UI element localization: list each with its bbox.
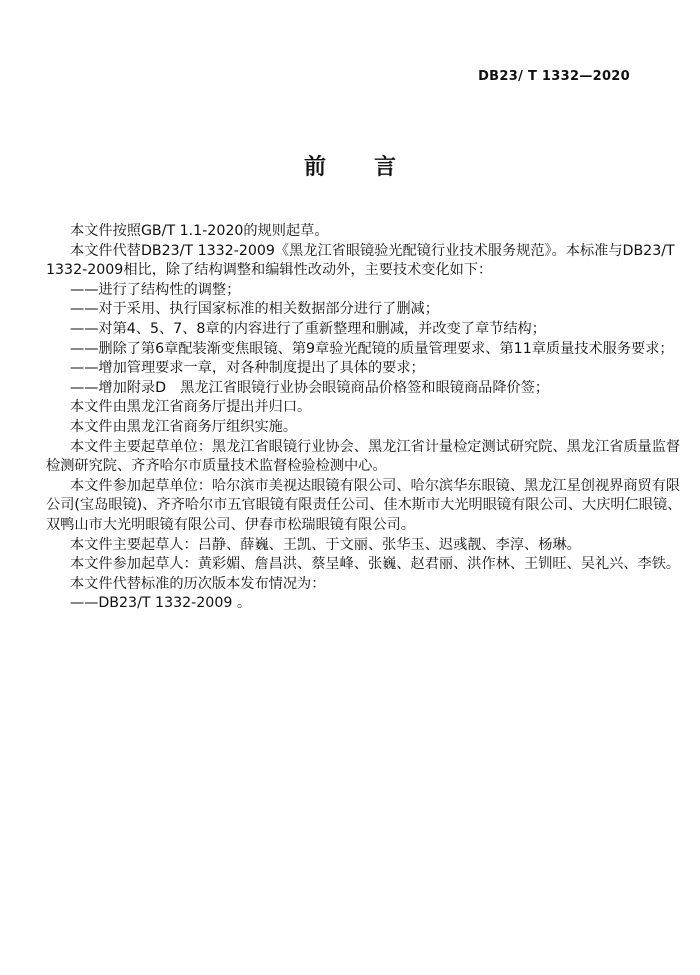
list-item: ——DB23/T 1332-2009 。: [46, 594, 656, 614]
paragraph-line: 双鸭山市大光明眼镜有限公司、伊春市松瑞眼镜有限公司。: [46, 516, 656, 536]
list-item: ——增加管理要求一章，对各种制度提出了具体的要求；: [46, 359, 656, 379]
list-item: ——进行了结构性的调整；: [46, 281, 656, 301]
list-item: ——对于采用、执行国家标准的相关数据部分进行了删减；: [46, 300, 656, 320]
paragraph-line: 公司(宝岛眼镜)、齐齐哈尔市五官眼镜有限责任公司、佳木斯市大光明眼镜有限公司、大…: [46, 496, 656, 516]
paragraph-line: 本文件参加起草人：黄彩媚、詹昌洪、蔡呈峰、张巍、赵君丽、洪作林、王钏旺、吴礼兴、…: [46, 555, 656, 575]
preface-body: 本文件按照GB/T 1.1-2020的规则起草。 本文件代替DB23/T 133…: [46, 222, 656, 614]
paragraph-line: 1332-2009相比，除了结构调整和编辑性改动外，主要技术变化如下：: [46, 261, 656, 281]
paragraph-line: 检测研究院、齐齐哈尔市质量技术监督检验检测中心。: [46, 457, 656, 477]
paragraph-line: 本文件代替DB23/T 1332-2009《黑龙江省眼镜验光配镜行业技术服务规范…: [46, 242, 656, 262]
list-item: ——对第4、5、7、8章的内容进行了重新整理和删减，并改变了章节结构；: [46, 320, 656, 340]
page-title: 前言: [0, 150, 700, 181]
list-item: ——增加附录D 黑龙江省眼镜行业协会眼镜商品价格签和眼镜商品降价签；: [46, 379, 656, 399]
paragraph-line: 本文件代替标准的历次版本发布情况为：: [46, 575, 656, 595]
paragraph-line: 本文件主要起草单位：黑龙江省眼镜行业协会、黑龙江省计量检定测试研究院、黑龙江省质…: [46, 438, 656, 458]
document-id: DB23/ T 1332—2020: [478, 69, 630, 84]
paragraph-line: 本文件由黑龙江省商务厅组织实施。: [46, 418, 656, 438]
paragraph-line: 本文件按照GB/T 1.1-2020的规则起草。: [46, 222, 656, 242]
title-char-1: 前: [304, 150, 326, 181]
paragraph-line: 本文件参加起草单位：哈尔滨市美视达眼镜有限公司、哈尔滨华东眼镜、黑龙江星创视界商…: [46, 477, 656, 497]
paragraph-line: 本文件由黑龙江省商务厅提出并归口。: [46, 398, 656, 418]
title-char-2: 言: [374, 150, 396, 181]
list-item: ——删除了第6章配装渐变焦眼镜、第9章验光配镜的质量管理要求、第11章质量技术服…: [46, 340, 656, 360]
paragraph-line: 本文件主要起草人：吕静、薛巍、王凯、于文丽、张华玉、迟彧靓、李淳、杨琳。: [46, 536, 656, 556]
